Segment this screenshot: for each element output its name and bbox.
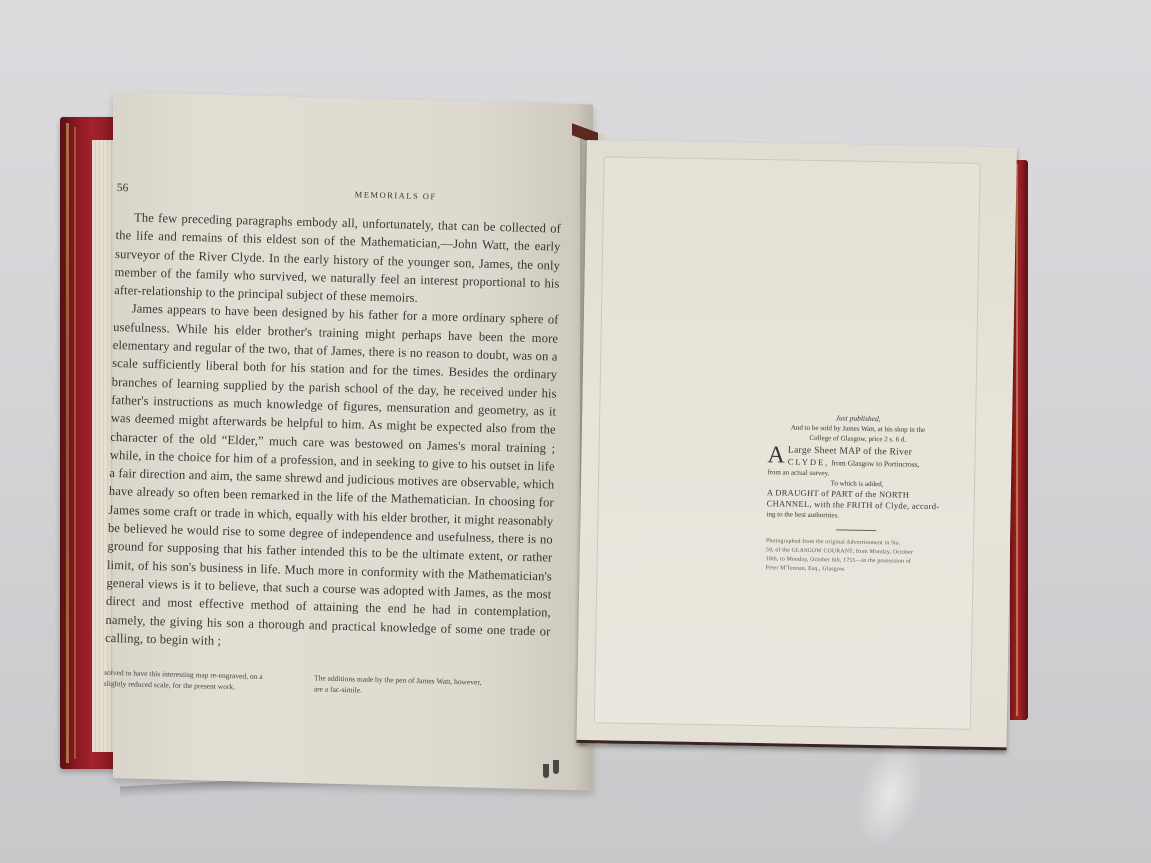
page-number: 56 — [117, 182, 129, 194]
running-title: MEMORIALS OF — [355, 189, 437, 201]
light-glare — [844, 733, 935, 856]
drop-cap: A — [767, 445, 785, 465]
credit-line: Peter M'Tennan, Esq., Glasgow. — [765, 564, 945, 576]
map-title-block: A Large Sheet MAP of the River CLYDE, fr… — [767, 444, 947, 470]
paragraph: James appears to have been designed by h… — [105, 299, 559, 658]
advertisement-facsimile: Just published, And to be sold by James … — [765, 412, 948, 576]
right-page: Just published, And to be sold by James … — [576, 140, 1016, 750]
left-page-content: 56 MEMORIALS OF The few preceding paragr… — [104, 182, 562, 701]
divider-rule — [836, 529, 876, 531]
paragraph: The few preceding paragraphs embody all,… — [114, 208, 561, 311]
ribbon-tabs — [543, 760, 563, 784]
footnote-left: solved to have this interesting map re-e… — [104, 667, 275, 693]
footnote-right: The additions made by the pen of James W… — [314, 672, 485, 698]
book-photo-scene: 56 MEMORIALS OF The few preceding paragr… — [0, 0, 1151, 863]
plate-frame: Just published, And to be sold by James … — [594, 156, 981, 729]
body-text: The few preceding paragraphs embody all,… — [105, 208, 561, 659]
